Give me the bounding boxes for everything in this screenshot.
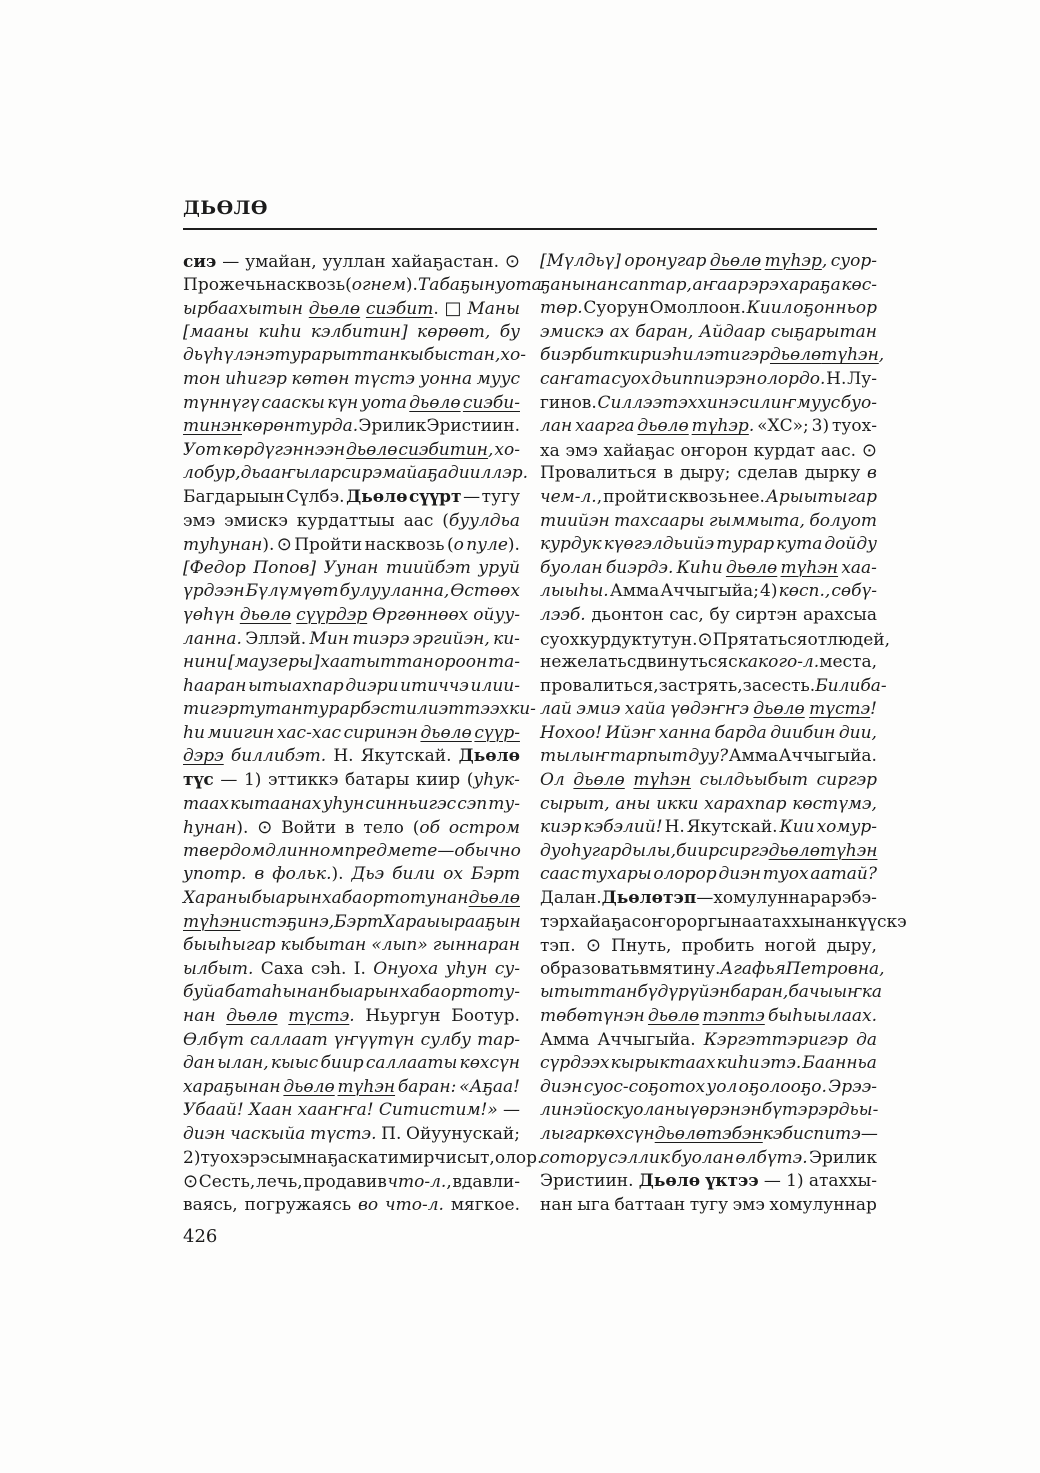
text-segment: ханна	[659, 723, 711, 743]
word: арахсыа	[803, 605, 877, 625]
text-segment: истэҕинэ,	[241, 912, 335, 932]
word: муус	[477, 369, 520, 389]
word: Саха	[261, 959, 304, 979]
text-segment: Багдарыын	[183, 487, 284, 507]
text-segment: ах	[610, 322, 630, 342]
word: в	[867, 463, 877, 483]
word: Били	[815, 676, 860, 696]
word: дьөлө	[409, 393, 460, 413]
running-head: ДЬӨЛӨ	[183, 197, 877, 219]
text-segment: Ол	[540, 770, 565, 790]
text-segment: Петровна,	[786, 959, 885, 979]
word: желать	[561, 652, 626, 672]
text-segment: муус	[477, 369, 520, 389]
text-segment: уруй	[478, 558, 520, 578]
word: дойду	[824, 534, 877, 554]
word: илии-	[471, 676, 520, 696]
text-line: һунан).⊙Войтивтело(обостром	[183, 817, 520, 841]
text-segment: туһунан	[183, 535, 262, 555]
text-segment: предмете	[344, 841, 437, 861]
text-segment: түстэ	[354, 369, 415, 389]
word: курдук	[579, 630, 642, 650]
text-segment: түһэн	[781, 558, 839, 578]
word: Бэрт	[471, 864, 520, 884]
text-segment: арахсыа	[803, 605, 877, 625]
text-segment: Амма	[540, 1030, 589, 1050]
word: көс-	[841, 275, 877, 295]
word: ⊙	[862, 440, 877, 461]
text-segment: гына	[708, 912, 752, 932]
word: сдвинуться	[627, 652, 728, 672]
text-segment: Нохоо!	[540, 723, 602, 743]
word: оҕолооҕо.	[739, 1077, 827, 1097]
word: уол	[706, 1077, 737, 1097]
text-segment: түһэн	[820, 841, 878, 861]
text-segment: сиринэн	[344, 723, 418, 743]
text-segment: кыыс	[271, 1053, 318, 1073]
word: дьы-	[839, 1100, 879, 1120]
text-segment: Били	[815, 676, 860, 696]
text-segment: желать	[561, 652, 626, 672]
text-segment: тэбэн	[706, 1124, 763, 1144]
word: болуот	[809, 511, 877, 531]
text-segment: су-	[495, 959, 520, 979]
word: төбөтүнэн	[540, 1006, 645, 1026]
word: погружаясь	[245, 1195, 352, 1215]
text-segment: Омоллоон.	[650, 298, 746, 318]
word: киһи	[717, 1053, 760, 1073]
text-segment: кириэһилэтигэр	[619, 345, 770, 365]
word: —	[503, 1100, 520, 1120]
text-segment: уһун	[322, 794, 364, 814]
text-segment: ырбаахытын	[183, 299, 303, 319]
word: кытаанах	[230, 794, 321, 814]
text-line: 2)туохэрэсымнаҕаскатимирчисыт,олор.	[183, 1148, 520, 1172]
text-segment: Аччыгыйа.	[779, 746, 877, 766]
text-segment: сөбү-	[831, 581, 877, 601]
word: көтөн	[291, 369, 349, 389]
word: Н.	[333, 746, 353, 766]
text-segment: курдат	[754, 441, 816, 461]
text-segment: хомулуннарар	[713, 888, 842, 908]
word: дан	[183, 1053, 215, 1073]
text-line: һааранытыахпардиэриитиччэилии-	[183, 676, 520, 700]
text-segment: төр.	[540, 298, 583, 318]
word: дьааҥылар	[241, 463, 342, 483]
text-segment: —	[437, 841, 454, 861]
word: киэр	[540, 817, 582, 837]
text-segment: ытыттан	[540, 982, 637, 1002]
text-segment: Маны	[467, 299, 520, 319]
text-segment: хо-	[494, 440, 520, 460]
text-segment: Уунан	[324, 558, 379, 578]
text-segment: Арыытыгар	[766, 487, 877, 507]
text-line: диэнсуос-соҕотохуолоҕолооҕо.Эрээ-	[540, 1077, 877, 1101]
word: сиртэн	[735, 605, 797, 625]
word: биир	[676, 841, 719, 861]
text-segment: линэй	[540, 1100, 593, 1120]
text-segment: во	[358, 1195, 378, 1215]
word: ⊙	[257, 817, 272, 838]
text-segment: сас,	[669, 605, 704, 625]
text-segment: кэбиспитэ	[763, 1124, 861, 1144]
word: сүрдээх	[540, 1053, 610, 1073]
text-segment: Хаан	[249, 1100, 293, 1120]
word: сделав	[737, 463, 798, 483]
word: күөгэлдьийэ	[604, 534, 714, 554]
word: бачыыҥка	[788, 982, 882, 1002]
text-segment: һааран	[183, 676, 246, 696]
text-segment: тарпыт	[610, 746, 688, 766]
text-segment: көсп.,	[779, 581, 831, 601]
text-segment: уол	[706, 1077, 737, 1097]
word: түһэн	[781, 558, 839, 578]
text-segment: буулдьа	[449, 511, 520, 531]
text-segment: дылы,	[621, 841, 676, 861]
word: батаһынан	[225, 982, 329, 1002]
text-segment: хааҥҥа!	[298, 1100, 374, 1120]
text-line: таахкытаанахуһунсинньигэссэпту-	[183, 794, 520, 818]
text-segment: засесть.	[743, 676, 816, 696]
text-segment: Эристиин.	[426, 416, 520, 436]
word: I.	[354, 959, 366, 979]
text-segment: 4)	[760, 581, 777, 601]
word: ортоту-	[441, 982, 520, 1002]
word: быыһыгар	[183, 935, 275, 955]
text-segment: туох-	[832, 416, 877, 436]
word: Бэрт	[334, 912, 383, 932]
word: Кии	[780, 817, 815, 837]
text-segment: сиэ	[183, 252, 216, 272]
text-line: нежелатьсдвинутьсяскакого-л.места,	[540, 652, 877, 676]
text-segment: Бэрт	[471, 864, 520, 884]
text-segment: дуоһугар	[540, 841, 621, 861]
text-line: дуоһугардылы,биирсиргэдьөлөтүһэн	[540, 841, 877, 865]
text-segment: буолан	[540, 558, 603, 578]
word: айаҕа	[396, 463, 448, 483]
text-segment: биэрдэ.	[606, 558, 673, 578]
text-segment: көрөөт,	[417, 322, 490, 342]
text-segment: пробить	[682, 936, 755, 956]
word: Петровна,	[786, 959, 885, 979]
word: Уунан	[324, 558, 379, 578]
text-line: Хараныбыарынхабаортотунандьөлө	[183, 888, 520, 912]
text-segment: баран,	[730, 982, 788, 1002]
text-segment: нан	[540, 1195, 573, 1215]
word: үҥүүтүн	[334, 1030, 415, 1050]
word: биэрдэ.	[606, 558, 673, 578]
word: ах	[610, 322, 630, 342]
text-line: дэрэбиллибэт.Н.Якутскай.Дьөлө	[183, 746, 520, 770]
text-segment: сиртэн	[735, 605, 797, 625]
word: диэн	[183, 1124, 225, 1144]
word: что-л.	[385, 1195, 444, 1215]
text-segment: тон	[183, 369, 221, 389]
word: хомулуннар	[769, 1195, 877, 1215]
word: людей,	[827, 630, 890, 650]
text-line: Олдьөлөтүһэнсылдьыбытсиргэр	[540, 770, 877, 794]
text-segment: (	[345, 275, 352, 295]
text-segment: эмэ	[183, 511, 215, 531]
word: сырыт,	[540, 794, 610, 814]
text-line: биэрбиткириэһилэтигэрдьөлөтүһэн,	[540, 345, 877, 369]
text-line: хаэмэхайаҕасоҥоронкурдатаас.⊙	[540, 440, 877, 464]
word: ки-	[493, 629, 520, 649]
word: Өргөннөөх	[372, 605, 468, 625]
circled-dot-icon: ⊙	[183, 1171, 198, 1192]
word: Эрилик	[358, 416, 426, 436]
text-segment: дьөлө	[753, 699, 804, 719]
word: биир	[320, 1053, 363, 1073]
word: баран,	[730, 982, 788, 1002]
word: тылыҥ	[540, 746, 609, 766]
word: эмискэ	[540, 322, 604, 342]
text-segment: —	[222, 252, 239, 272]
word: түһэн,	[821, 345, 884, 365]
text-segment: уһук-	[473, 770, 520, 790]
text-segment: саптар,	[619, 275, 692, 295]
text-line: образоватьвмятину.АгафьяПетровна,	[540, 959, 877, 983]
word: Амма	[610, 581, 659, 601]
text-segment: Провалиться	[540, 463, 657, 483]
text-line: хараҕынандьөлөтүһэнбаран:«Аҕаа!	[183, 1077, 520, 1101]
text-segment: күөгэлдьийэ	[604, 534, 714, 554]
text-segment: что-л.	[385, 1195, 444, 1215]
text-segment: ,	[488, 440, 493, 460]
word: диэн	[718, 864, 760, 884]
text-line: дьүһүлэнэтурарыттанкыбыстан,хо-	[183, 345, 520, 369]
text-segment: турда.	[295, 416, 358, 436]
text-segment: оронугар	[624, 251, 706, 271]
text-segment: Сесть,	[199, 1172, 256, 1192]
text-segment: саҥата	[540, 369, 611, 389]
text-segment: хайаҕастан.	[391, 252, 499, 272]
word: Маны	[467, 299, 520, 319]
text-segment: диэри	[345, 676, 398, 696]
word: түһэр.	[692, 416, 755, 436]
word: дьөлө	[573, 770, 624, 790]
word: Баанньа	[802, 1053, 877, 1073]
word: аас.	[821, 441, 856, 461]
text-line: ырбаахытындьөлөсиэбит.□Маны	[183, 298, 520, 322]
word: ууллан	[323, 252, 386, 272]
word: места,	[819, 652, 877, 672]
word: Киһи	[677, 558, 723, 578]
text-segment: в	[345, 818, 355, 838]
text-segment: Онуоха	[373, 959, 438, 979]
text-segment: о	[454, 535, 464, 555]
word: тугу	[690, 1195, 728, 1215]
text-segment: сүүр-	[474, 723, 520, 743]
text-segment: ки-	[509, 699, 536, 719]
word: дьөлө	[240, 605, 291, 625]
text-segment: .	[349, 1006, 354, 1026]
text-segment: түһэн	[183, 912, 241, 932]
word: в	[345, 818, 355, 838]
text-line: [мааныкиһикэлбитин]көрөөт,бу	[183, 322, 520, 346]
word: нини	[183, 652, 227, 672]
word: кириэһилэтигэр	[619, 345, 770, 365]
word: ваясь,	[183, 1195, 238, 1215]
word: сылдьыбыт	[700, 770, 808, 790]
word: Попов]	[253, 558, 316, 578]
text-line: тэп.⊙Пнуть,пробитьногойдыру,	[540, 935, 877, 959]
text-segment: ойуу-	[473, 605, 520, 625]
word: тэп	[663, 888, 696, 908]
word: сулбу	[421, 1030, 471, 1050]
word: таах	[183, 794, 229, 814]
text-segment: диэн	[718, 864, 760, 884]
text-segment: сааскы	[262, 393, 325, 413]
word: Убаай!	[183, 1100, 244, 1120]
text-segment: диэн	[540, 1077, 582, 1097]
text-segment: эрэ	[749, 275, 779, 295]
word: курдат	[754, 441, 816, 461]
text-segment: кэбэлий!	[583, 817, 662, 837]
text-segment: ).	[331, 864, 343, 884]
text-segment: Н.	[665, 817, 685, 837]
text-columns: сиэ—умайан,уулланхайаҕастан.⊙Прожечьнаск…	[183, 251, 877, 1218]
text-segment: этэ.	[761, 1053, 802, 1073]
word: оҥорон	[680, 441, 747, 461]
text-line: ланна.Эллэй.Минтиэрээргийэн,ки-	[183, 629, 520, 653]
text-segment: нини	[183, 652, 227, 672]
text-segment: быарын	[329, 982, 399, 1002]
text-segment: оскуоланы	[593, 1100, 689, 1120]
word: Нохоо!	[540, 723, 602, 743]
word: ногой	[764, 936, 816, 956]
text-segment: сдвинуться	[627, 652, 728, 672]
word: көстүмэ,	[792, 794, 877, 814]
text-segment: эмискэ	[224, 511, 288, 531]
word: суох	[611, 369, 650, 389]
word: эмискэ	[224, 511, 288, 531]
text-segment: уота	[495, 275, 541, 295]
text-segment: дэрэ	[183, 746, 224, 766]
word: ханна	[659, 723, 711, 743]
word: 3)	[812, 416, 829, 436]
word: тугу	[482, 487, 520, 507]
word: саҥата	[540, 369, 611, 389]
word: туһунан).	[183, 535, 274, 555]
word: [Федор	[183, 558, 246, 578]
word: гына	[708, 912, 752, 932]
word: Силлээтэххинэ	[597, 393, 738, 413]
word: ха	[540, 441, 560, 461]
word: сэһ.	[311, 959, 346, 979]
word: түстэ	[354, 369, 415, 389]
text-segment: ланна.	[183, 629, 242, 649]
text-segment: саллааты	[366, 1053, 458, 1073]
text-segment: дьөлө	[573, 770, 624, 790]
text-line: БагдарыынСүлбэ.Дьөлөсүүрт—тугу	[183, 487, 520, 511]
word: һунан).	[183, 818, 248, 838]
word: эбэ-	[842, 888, 877, 908]
word: сквозь	[669, 487, 727, 507]
text-segment: .	[433, 299, 438, 319]
word: в	[664, 463, 674, 483]
word: гинов.	[540, 393, 597, 413]
text-segment: дыру;	[680, 463, 731, 483]
text-segment: Дьөлө	[346, 487, 407, 507]
word: Кэргэттэригэр	[704, 1030, 848, 1050]
word: турар	[303, 699, 361, 719]
text-segment: туох	[763, 864, 809, 884]
text-segment: ыга	[577, 1195, 610, 1215]
text-segment: да	[856, 1030, 877, 1050]
text-segment: тэп.	[540, 936, 576, 956]
word: баран:	[398, 1077, 456, 1097]
text-line: саастухарыолорордиэнтуохаатай?	[540, 864, 877, 888]
text-segment: в	[867, 463, 877, 483]
text-segment: хаба	[322, 888, 362, 908]
text-segment: какого-л.	[738, 652, 819, 672]
text-segment: насквозь	[365, 535, 445, 555]
text-segment: тугу	[482, 487, 520, 507]
text-segment: түһэр	[692, 416, 749, 436]
word: булууланна,	[340, 581, 450, 601]
word: лай	[540, 699, 572, 719]
word: Эрилик	[809, 1148, 877, 1168]
text-segment: —	[503, 1100, 520, 1120]
word: тело	[363, 818, 404, 838]
word: лан	[540, 416, 572, 436]
text-line: буйабатаһынанбыарынхабаортоту-	[183, 982, 520, 1006]
text-segment: хас-хас	[277, 723, 341, 743]
text-segment: !	[870, 699, 877, 719]
word: вдавли-	[452, 1172, 520, 1192]
word: Бүлүмүөт	[246, 581, 339, 601]
text-segment: болуот	[809, 511, 877, 531]
text-segment: көхсүн	[594, 1124, 654, 1144]
text-segment: диэн	[183, 1124, 225, 1144]
word: сиринэн	[344, 723, 418, 743]
word: дьөлө	[309, 299, 360, 319]
text-segment: Ийэҥ	[605, 723, 655, 743]
text-segment: сделав	[737, 463, 798, 483]
word: сэллик	[608, 1148, 670, 1168]
word: предмете	[344, 841, 437, 861]
word: хараҕа	[779, 275, 840, 295]
circled-dot-icon: ⊙	[277, 534, 292, 555]
text-segment: Хара	[383, 912, 426, 932]
word: туох-	[832, 416, 877, 436]
text-segment: сиргэ	[719, 841, 768, 861]
word: буолан	[540, 558, 603, 578]
text-line: түннүгүсааскыкүнуотадьөлөсиэби-	[183, 393, 520, 417]
text-segment: —	[764, 1171, 781, 1191]
text-segment: түһэн	[338, 1077, 396, 1097]
text-line: лыгаркөхсүндьөлөтэбэнкэбиспитэ—	[540, 1124, 877, 1148]
word: та-	[488, 652, 520, 672]
text-line: сиэ—умайан,уулланхайаҕастан.⊙	[183, 251, 520, 275]
text-segment: 3)	[812, 416, 829, 436]
text-segment: в	[664, 463, 674, 483]
word: саас	[540, 864, 579, 884]
text-segment: дьөлө	[726, 558, 777, 578]
word: үктээ	[705, 1171, 758, 1191]
text-segment: Киил	[747, 298, 793, 318]
word: Дьөлө	[602, 888, 663, 908]
text-segment: Агафья	[720, 959, 785, 979]
text-segment: застрять,	[659, 676, 743, 696]
word: кэбэлий!	[583, 817, 662, 837]
text-segment: Якутскай.	[687, 817, 778, 837]
word: Прятаться	[713, 630, 808, 650]
text-segment: турарыттан	[274, 345, 399, 365]
text-segment: хаа-	[841, 558, 877, 578]
word: аатай?	[810, 864, 877, 884]
